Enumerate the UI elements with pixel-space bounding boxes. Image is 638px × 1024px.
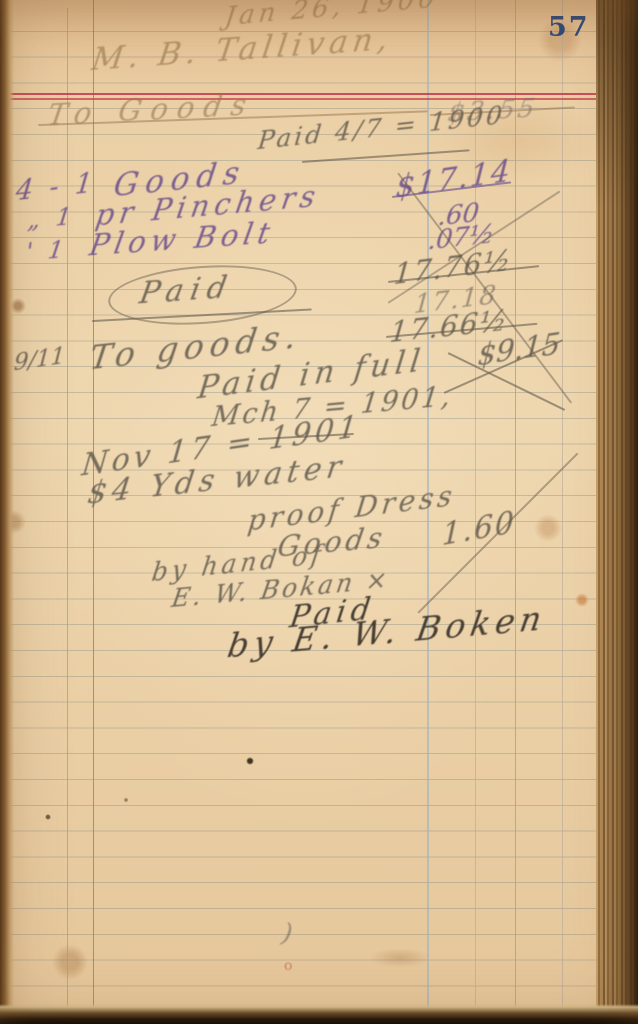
opening-amount: $3.55 bbox=[446, 93, 540, 128]
entry-amount: $9.15 bbox=[477, 326, 562, 372]
account-name: M. B. Tallivan, bbox=[89, 21, 395, 78]
row-date: „ 1 bbox=[26, 202, 77, 235]
strike-line bbox=[388, 265, 539, 283]
margin-line-red-left bbox=[93, 0, 94, 1024]
entry-amount: 1.60 bbox=[441, 505, 516, 554]
entry-line: proof Dress bbox=[246, 478, 458, 537]
paid-stamp: Paid bbox=[137, 269, 237, 311]
crossout-stroke bbox=[417, 452, 578, 613]
total-value: 17.66½ bbox=[388, 303, 510, 349]
head-rule-bottom bbox=[0, 98, 612, 100]
row-item: pr Pinchers bbox=[93, 178, 323, 232]
entry-paid: Paid bbox=[287, 591, 377, 636]
vignette-overlay bbox=[0, 0, 638, 1024]
row-amount: .60 bbox=[436, 197, 480, 232]
crossout-stroke bbox=[448, 352, 566, 411]
book-edge-bottom bbox=[0, 1004, 638, 1024]
underline bbox=[92, 308, 312, 322]
entry-by-line: E. W. Bokan × bbox=[170, 565, 393, 614]
crossout-stroke bbox=[444, 339, 564, 394]
paid-circle bbox=[106, 259, 299, 330]
row-date: ' 1 bbox=[24, 235, 69, 266]
total-value: 17.18 bbox=[413, 279, 499, 320]
entry-date: 9/11 bbox=[13, 343, 66, 377]
stray-pencil-mark: ) bbox=[279, 918, 294, 949]
row-item: Goods bbox=[111, 154, 248, 205]
opening-paid-note: Paid 4/7 = 1900 bbox=[256, 100, 506, 155]
crossout-stroke bbox=[387, 191, 560, 304]
margin-line-pink-left bbox=[67, 8, 68, 1024]
opening-item: To Goods bbox=[45, 87, 257, 132]
column-line-gray-1 bbox=[475, 0, 476, 1024]
page-number: 57 bbox=[548, 12, 590, 43]
strike-line bbox=[386, 323, 538, 338]
strike-line bbox=[392, 181, 511, 198]
total-value: 17.76½ bbox=[393, 243, 514, 291]
row-item: Plow Bolt bbox=[87, 215, 278, 262]
ledger-page: 57 Jan 26, 1900 M. B. Tallivan, To Goods… bbox=[0, 0, 638, 1024]
book-binding-edge-left bbox=[0, 0, 14, 1024]
horizontal-ruling bbox=[10, 0, 614, 1024]
entry-item: To goods. bbox=[87, 315, 305, 377]
head-rule-top bbox=[0, 93, 612, 95]
entry-paid: Paid in full bbox=[196, 342, 427, 407]
entry-paid-date: Mch 7 = 1901, bbox=[210, 381, 455, 434]
column-line-gray-2 bbox=[562, 0, 563, 1024]
paper-stains bbox=[0, 0, 638, 1024]
entry-line: $4 Yds water bbox=[85, 449, 348, 512]
entry-signature: by E. W. Boken bbox=[225, 598, 549, 666]
underline bbox=[258, 433, 354, 440]
entry-by-line: by hand of bbox=[150, 540, 327, 588]
crossout-stroke bbox=[397, 172, 572, 403]
underline bbox=[302, 149, 470, 163]
strike-line bbox=[430, 106, 575, 116]
entry-date: Nov 17 = 1901 bbox=[80, 408, 363, 483]
stray-red-mark: o bbox=[284, 958, 292, 974]
row-amount: .07½ bbox=[426, 219, 495, 256]
column-line-blue bbox=[427, 0, 429, 1024]
book-page-edges-right-shadow bbox=[596, 0, 638, 210]
entry-line: Goods bbox=[275, 520, 388, 563]
row-amount: $17.14 bbox=[395, 153, 513, 205]
column-line-pink-right bbox=[515, 0, 516, 1024]
row-date: 4 - 1 bbox=[14, 167, 98, 207]
heading-date: Jan 26, 1900 bbox=[223, 0, 441, 32]
strike-line bbox=[38, 110, 428, 126]
